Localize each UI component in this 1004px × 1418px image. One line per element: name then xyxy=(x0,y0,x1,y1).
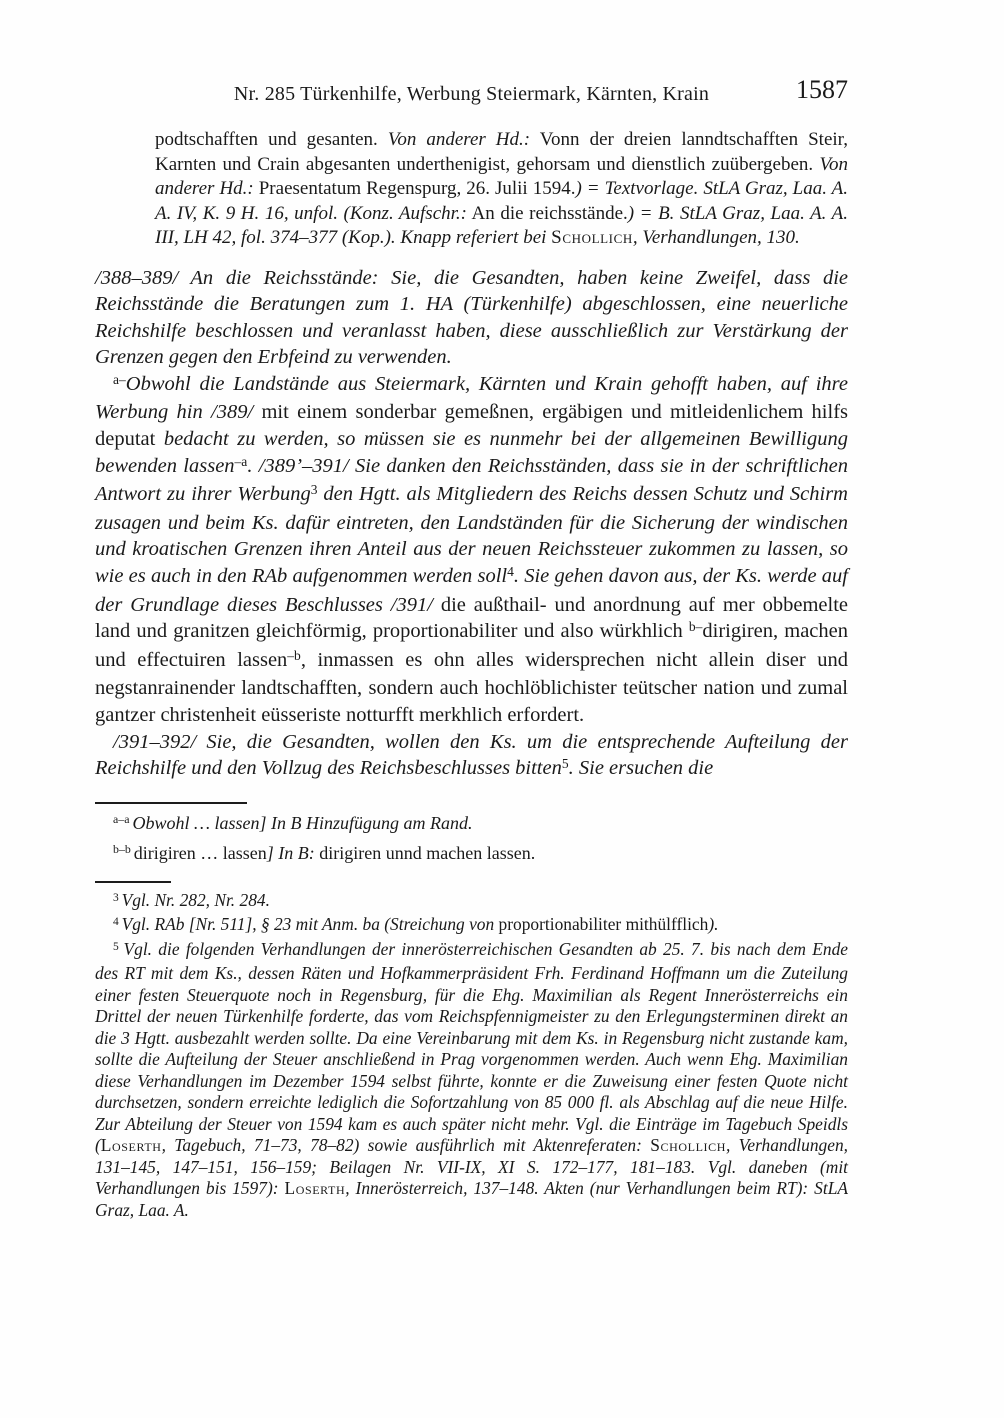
source-note-paragraph: podtschafften und gesanten. Von anderer … xyxy=(155,128,848,251)
running-head: Nr. 285 Türkenhilfe, Werbung Steiermark,… xyxy=(95,76,848,106)
main-paragraph: a–Obwohl die Landstände aus Steiermark, … xyxy=(95,371,848,729)
footnote-rule xyxy=(95,881,171,883)
apparatus-entry-a: a–a Obwohl … lassen] In B Hinzufügung am… xyxy=(95,809,848,839)
text-block: Nr. 285 Türkenhilfe, Werbung Steiermark,… xyxy=(95,76,848,1221)
summary-paragraph-2: /391–392/ Sie, die Gesandten, wollen den… xyxy=(95,729,848,784)
footnote-5: 5 Vgl. die folgenden Verhandlungen der i… xyxy=(95,939,848,1222)
page-header: Nr. 285 Türkenhilfe, Werbung Steiermark,… xyxy=(95,76,848,112)
book-page: Nr. 285 Türkenhilfe, Werbung Steiermark,… xyxy=(0,0,1004,1418)
page-number: 1587 xyxy=(796,76,848,105)
footnote-3: 3 Vgl. Nr. 282, Nr. 284. xyxy=(95,890,848,915)
apparatus-entry-b: b–b dirigiren … lassen] In B: dirigiren … xyxy=(95,839,848,869)
apparatus-notes: a–a Obwohl … lassen] In B Hinzufügung am… xyxy=(95,809,848,869)
footnote-4: 4 Vgl. RAb [Nr. 511], § 23 mit Anm. ba (… xyxy=(95,914,848,939)
summary-paragraph-1: /388–389/ An die Reichsstände: Sie, die … xyxy=(95,265,848,371)
main-text: /388–389/ An die Reichsstände: Sie, die … xyxy=(95,265,848,784)
footnotes: 3 Vgl. Nr. 282, Nr. 284. 4 Vgl. RAb [Nr.… xyxy=(95,890,848,1222)
apparatus-rule xyxy=(95,802,247,804)
